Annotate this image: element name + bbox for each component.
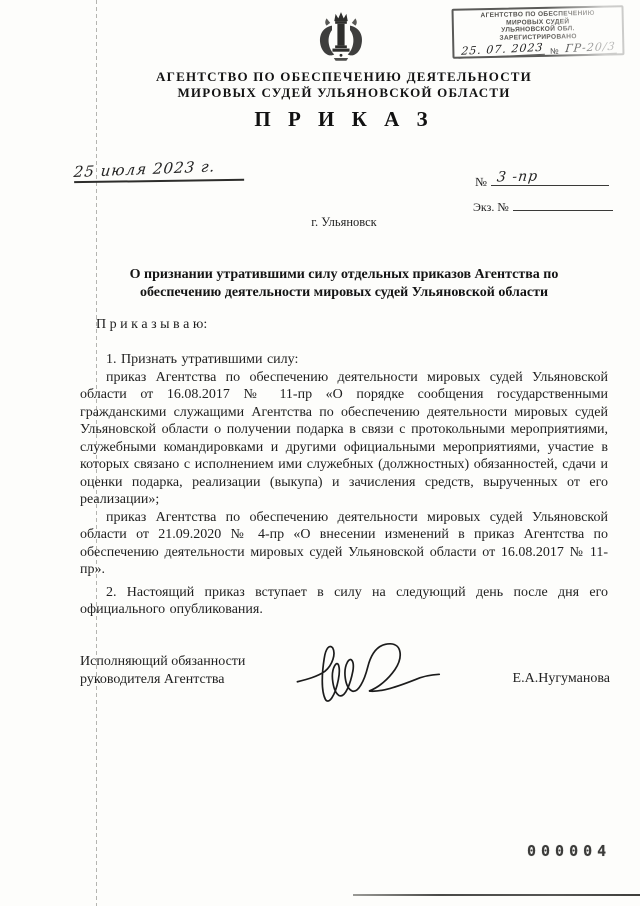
scanned-order-document: АГЕНТСТВО ПО ОБЕСПЕЧЕНИЮ МИРОВЫХ СУДЕЙ У…: [0, 0, 640, 906]
org-name-line2: МИРОВЫХ СУДЕЙ УЛЬЯНОВСКОЙ ОБЛАСТИ: [80, 85, 608, 101]
stamp-handwritten-date: 25. 07. 2023: [459, 41, 547, 59]
handwritten-date-field: 25 июля 2023 г.: [74, 159, 244, 183]
organization-name: АГЕНТСТВО ПО ОБЕСПЕЧЕНИЮ ДЕЯТЕЛЬНОСТИ МИ…: [80, 69, 608, 101]
body-paragraph: приказ Агентства по обеспечению деятельн…: [80, 369, 608, 509]
stamp-handwritten-number: ГР-20/3: [563, 40, 619, 57]
signer-position-line2: руководителя Агентства: [80, 671, 245, 689]
number-underline: 3 -пр: [491, 170, 609, 186]
stamp-handwritten-row: 25. 07. 2023 № ГР-20/3: [457, 41, 619, 58]
body-paragraph: 2. Настоящий приказ вступает в силу на с…: [80, 584, 608, 619]
document-type-heading: П Р И К А З: [80, 107, 608, 132]
city-line: г. Ульяновск: [80, 215, 608, 230]
registration-stamp: АГЕНТСТВО ПО ОБЕСПЕЧЕНИЮ МИРОВЫХ СУДЕЙ У…: [451, 5, 624, 59]
copy-number-field: Экз. №: [473, 197, 613, 215]
org-name-line1: АГЕНТСТВО ПО ОБЕСПЕЧЕНИЮ ДЕЯТЕЛЬНОСТИ: [80, 69, 608, 85]
scan-noise-specks: [0, 0, 2, 2]
handwritten-date-text: 25 июля 2023 г.: [73, 157, 216, 181]
document-number-field: №3 -пр: [475, 170, 609, 190]
signer-position-line1: Исполняющий обязанности: [80, 653, 245, 671]
copy-underline: [513, 197, 613, 211]
signer-position: Исполняющий обязанности руководителя Аге…: [80, 653, 245, 689]
order-body: 1. Признать утратившими силу: приказ Аге…: [80, 351, 608, 619]
signer-name: Е.А.Нугуманова: [400, 671, 610, 687]
number-label: №: [475, 175, 487, 189]
order-title: О признании утратившими силу отдельных п…: [96, 266, 592, 301]
body-paragraph: 1. Признать утратившими силу:: [80, 351, 608, 369]
order-verb: П р и к а з ы в а ю:: [96, 317, 207, 333]
copy-label: Экз. №: [473, 200, 509, 214]
page-stamp-number: 000004: [527, 842, 611, 860]
stamp-number-label: №: [550, 47, 559, 56]
coat-of-arms-icon: [314, 7, 368, 64]
handwritten-number-text: 3 -пр: [496, 168, 539, 185]
scan-edge-line: [353, 894, 640, 896]
body-paragraph: приказ Агентства по обеспечению деятельн…: [80, 509, 608, 579]
